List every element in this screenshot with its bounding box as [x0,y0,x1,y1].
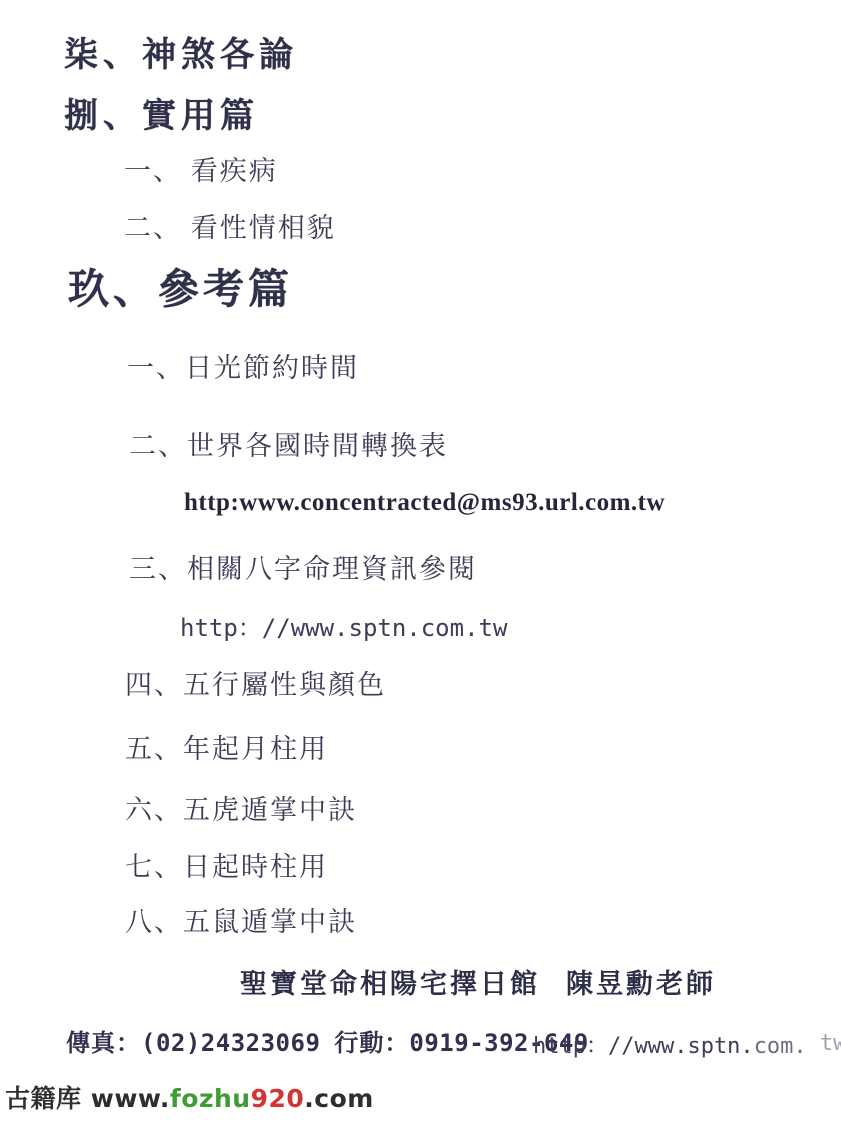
fax-label: 傳真： [66,1031,141,1057]
world-time-table-url: http:www.concentracted@ms93.url.com.tw [184,489,665,517]
toc-item-daylight-saving: 一、日光節約時間 [127,346,359,385]
watermark-site-number: 920 [251,1084,305,1113]
contact-line: 傳真：(02)24323069行動：0919-392-649 [66,1023,589,1058]
toc-item-bazi-info: 三、相關八字命理資訊參閱 [129,547,477,586]
toc-item-illness: 一、 看疾病 [124,149,278,188]
section-heading-9: 玖、參考篇 [68,256,293,315]
mobile-label: 行動： [334,1031,409,1057]
footer-url-end-part: tw [820,1031,841,1056]
toc-item-world-time-table: 二、世界各國時間轉換表 [129,424,448,463]
footer-site-url: http：//www.sptn.com. tw [533,1029,841,1060]
section-heading-8: 捌、實用篇 [64,88,259,137]
library-watermark: 古籍库 www.fozhu920.com [5,1079,374,1115]
toc-item-five-elements-colors: 四、五行屬性與顏色 [125,663,386,702]
watermark-www: www. [91,1084,170,1113]
studio-signature-line: 聖寶堂命相陽宅擇日館陳昱勳老師 [240,962,716,1001]
toc-item-year-month-pillar: 五、年起月柱用 [125,727,328,766]
studio-name: 聖寶堂命相陽宅擇日館 [240,969,540,999]
watermark-tld: .com [304,1084,374,1113]
teacher-name: 陳昱勳老師 [566,969,716,999]
toc-item-temperament: 二、 看性情相貌 [124,206,336,245]
footer-url-mid-part: com. [754,1034,807,1059]
bazi-info-url: http：//www.sptn.com.tw [180,608,507,643]
watermark-site-name: fozhu [170,1084,251,1113]
toc-item-five-tiger-formula: 六、五虎遁掌中訣 [125,788,357,827]
footer-url-main-part: http：//www.sptn. [533,1034,754,1059]
toc-item-five-rat-formula: 八、五鼠遁掌中訣 [125,900,357,939]
toc-item-day-hour-pillar: 七、日起時柱用 [125,845,328,884]
library-label: 古籍库 [5,1084,91,1113]
scanned-toc-page: 柒、神煞各論 捌、實用篇 一、 看疾病 二、 看性情相貌 玖、參考篇 一、日光節… [0,0,841,1122]
section-heading-7: 柒、神煞各論 [64,27,298,76]
fax-number: (02)24323069 [141,1029,320,1057]
